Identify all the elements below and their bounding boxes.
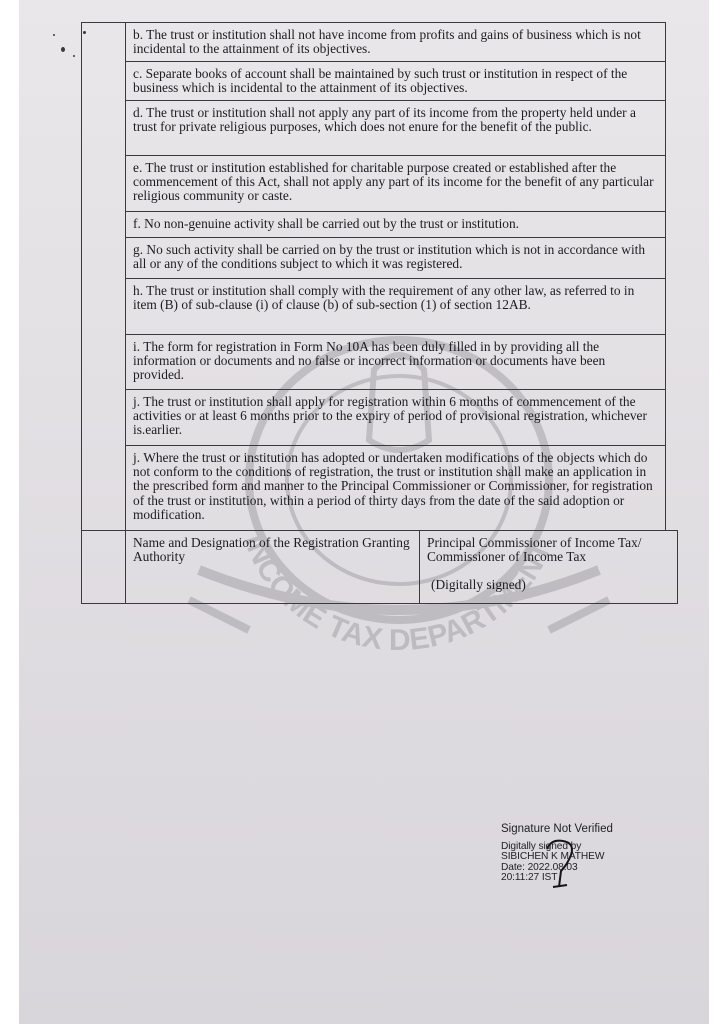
condition-j-modifications: j. Where the trust or institution has ad…: [126, 446, 666, 531]
ink-speck: [73, 55, 75, 57]
condition-text: No such activity shall be carried on by …: [133, 242, 645, 271]
authority-value: Principal Commissioner of Income Tax/ Co…: [427, 535, 642, 564]
authority-table: Name and Designation of the Registration…: [81, 530, 678, 604]
condition-d: d. The trust or institution shall not ap…: [126, 101, 666, 156]
condition-label: j.: [133, 394, 140, 409]
document-page: INCOME TAX DEPARTMENT b. The trust or in…: [19, 0, 709, 1024]
condition-e: e. The trust or institution established …: [126, 156, 666, 212]
condition-row: i. The form for registration in Form No …: [82, 335, 666, 390]
condition-row: h. The trust or institution shall comply…: [82, 279, 666, 335]
condition-label: i.: [133, 339, 140, 354]
condition-row: e. The trust or institution established …: [82, 156, 666, 212]
condition-c: c. Separate books of account shall be ma…: [126, 62, 666, 101]
authority-label: Name and Designation of the Registration…: [126, 531, 420, 604]
condition-text: The trust or institution shall apply for…: [133, 394, 647, 437]
condition-row: g. No such activity shall be carried on …: [82, 238, 666, 279]
digital-signature-block[interactable]: Signature Not Verified Digitally signed …: [501, 822, 631, 884]
condition-g: g. No such activity shall be carried on …: [126, 238, 666, 279]
condition-label: h.: [133, 283, 143, 298]
condition-label: f.: [133, 216, 141, 231]
serial-column: [82, 531, 126, 604]
condition-label: b.: [133, 27, 143, 42]
condition-label: e.: [133, 160, 142, 175]
ink-speck: [61, 47, 65, 52]
ink-speck: [53, 34, 55, 36]
condition-text: The form for registration in Form No 10A…: [133, 339, 605, 382]
condition-i: i. The form for registration in Form No …: [126, 335, 666, 390]
condition-b: b. The trust or institution shall not ha…: [126, 23, 666, 62]
condition-text: The trust or institution shall not have …: [133, 27, 641, 56]
condition-label: d.: [133, 105, 143, 120]
condition-text: No non-genuine activity shall be carried…: [144, 216, 519, 231]
condition-row: f. No non-genuine activity shall be carr…: [82, 212, 666, 238]
authority-row: Name and Designation of the Registration…: [82, 531, 678, 604]
condition-text: The trust or institution shall comply wi…: [133, 283, 634, 312]
conditions-table: b. The trust or institution shall not ha…: [81, 22, 666, 531]
condition-row: b. The trust or institution shall not ha…: [82, 23, 666, 62]
condition-j-registration-window: j. The trust or institution shall apply …: [126, 390, 666, 446]
serial-column: [82, 23, 126, 531]
condition-label: j.: [133, 450, 140, 465]
condition-label: c.: [133, 66, 142, 81]
condition-label: g.: [133, 242, 143, 257]
condition-text: Where the trust or institution has adopt…: [133, 450, 653, 522]
condition-f: f. No non-genuine activity shall be carr…: [126, 212, 666, 238]
condition-text: The trust or institution shall not apply…: [133, 105, 636, 134]
condition-row: j. Where the trust or institution has ad…: [82, 446, 666, 531]
checkmark-icon: [537, 829, 587, 889]
condition-text: Separate books of account shall be maint…: [133, 66, 627, 95]
condition-h: h. The trust or institution shall comply…: [126, 279, 666, 335]
condition-row: j. The trust or institution shall apply …: [82, 390, 666, 446]
authority-value-cell: Principal Commissioner of Income Tax/ Co…: [420, 531, 678, 604]
condition-row: c. Separate books of account shall be ma…: [82, 62, 666, 101]
condition-text: The trust or institution established for…: [133, 160, 654, 203]
condition-row: d. The trust or institution shall not ap…: [82, 101, 666, 156]
digitally-signed-note: (Digitally signed): [427, 578, 671, 592]
